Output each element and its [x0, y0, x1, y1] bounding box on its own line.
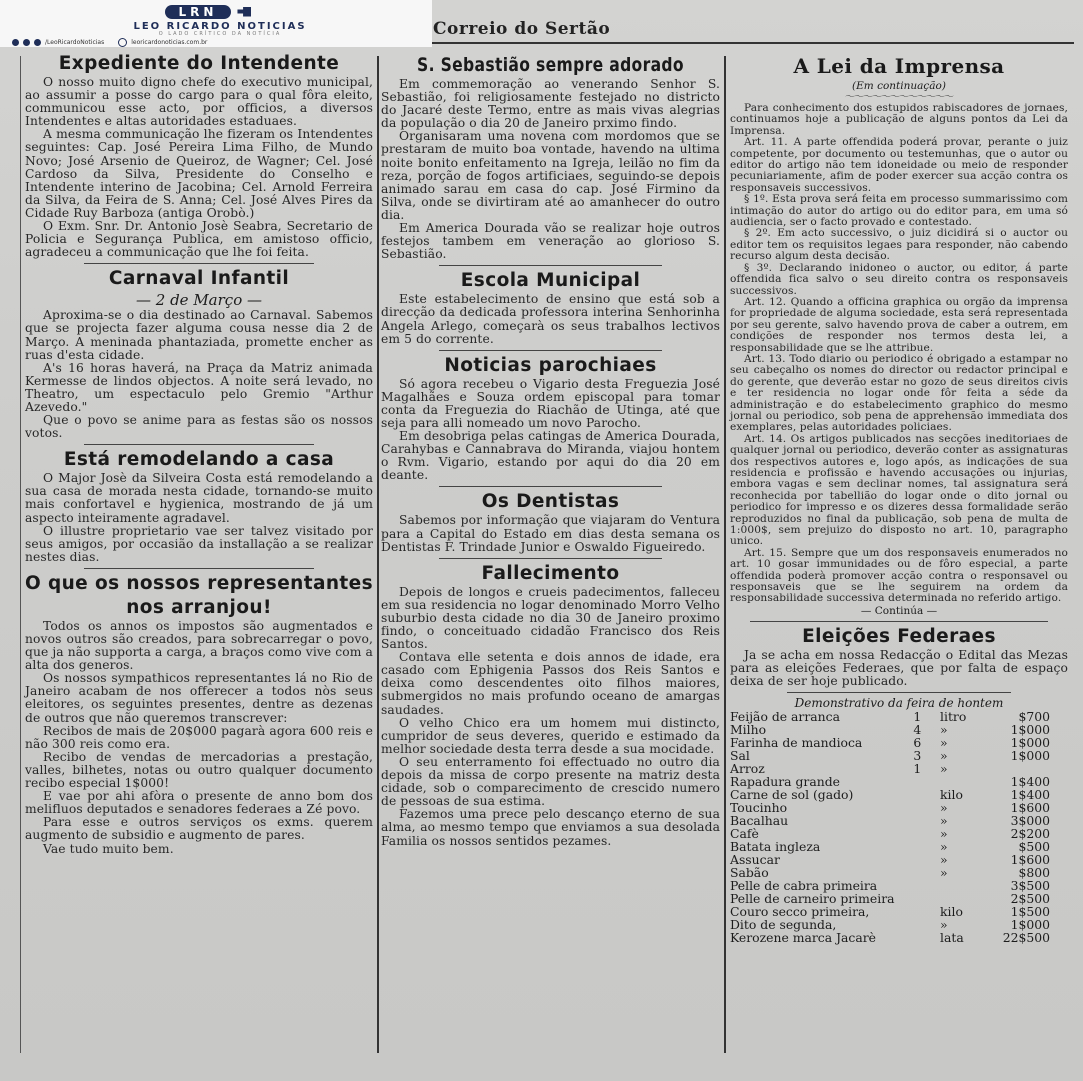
newspaper-masthead: Correio do Sertão — [433, 19, 610, 39]
article-paragraph: Em America Dourada vão se realizar hoje … — [381, 222, 720, 261]
lrn-logo: LRN — [118, 4, 298, 19]
article-paragraph: Para conhecimento dos estupidos rabiscad… — [730, 103, 1068, 137]
article-paragraph: Art. 15. Sempre que um dos responsaveis … — [730, 548, 1068, 605]
article-lei-imprensa: A Lei da Imprensa (Em continuação) ～～～～～… — [730, 52, 1068, 617]
article-sebastiao: S. Sebastião sempre adorado Em commemora… — [381, 52, 720, 261]
price-row: Sal3»1$000 — [730, 749, 1068, 762]
article-paragraph: Este estabelecimento de ensino que está … — [381, 293, 720, 345]
article-paragraph: § 1º. Esta prova será feita em processo … — [730, 194, 1068, 228]
article-subtitle: — 2 de Março — — [25, 291, 373, 309]
article-title: Os Dentistas — [381, 490, 720, 514]
divider — [439, 486, 663, 487]
newspaper-page: LRN LEO RICARDO NOTICIAS O LADO CRÍTICO … — [0, 0, 1083, 1081]
item-unit — [940, 879, 986, 892]
continua-note: — Continúa — — [730, 605, 1068, 617]
divider — [84, 444, 314, 445]
article-expediente: Expediente do Intendente O nosso muito d… — [25, 52, 373, 259]
item-price: 22$500 — [986, 931, 1068, 944]
item-quantity — [895, 775, 940, 788]
website-url: leoricardonoticias.com.br — [131, 39, 207, 46]
logo-text: LRN — [165, 5, 232, 19]
article-paragraph: O illustre proprietario vae ser talvez v… — [25, 525, 373, 564]
article-paragraph: O Major Josè da Silveira Costa está remo… — [25, 472, 373, 524]
article-title: Eleições Federaes — [730, 625, 1068, 649]
article-paragraph: E vae por ahi afòra o presente de anno b… — [25, 790, 373, 816]
article-title: Noticias parochiaes — [381, 354, 720, 378]
article-dentistas: Os Dentistas Sabemos por informação que … — [381, 490, 720, 553]
item-quantity — [895, 866, 940, 879]
item-unit: » — [940, 866, 986, 879]
price-list-title: Demonstrativo da feira de hontem — [730, 696, 1068, 710]
article-paragraph: A's 16 horas haverá, na Praça da Matriz … — [25, 362, 373, 414]
item-quantity — [895, 879, 940, 892]
divider — [439, 350, 663, 351]
article-representantes: O que os nossos representantes nos arran… — [25, 572, 373, 856]
feira-price-list: Demonstrativo da feira de hontem Feijão … — [730, 696, 1068, 944]
article-carnaval: Carnaval Infantil — 2 de Março — Aproxim… — [25, 267, 373, 440]
item-quantity — [895, 801, 940, 814]
article-paragraph: Vae tudo muito bem. — [25, 843, 373, 856]
column-1: Expediente do Intendente O nosso muito d… — [25, 52, 373, 856]
item-quantity — [895, 905, 940, 918]
column-3: A Lei da Imprensa (Em continuação) ～～～～～… — [730, 52, 1068, 944]
article-paragraph: § 2º. Em acto successivo, o juiz dicidir… — [730, 228, 1068, 262]
item-quantity — [895, 827, 940, 840]
divider — [84, 263, 314, 264]
item-quantity — [895, 892, 940, 905]
article-paragraph: Art. 11. A parte offendida poderá provar… — [730, 137, 1068, 194]
item-quantity — [895, 788, 940, 801]
article-fallecimento: Fallecimento Depois de longos e crueis p… — [381, 562, 720, 848]
youtube-icon — [34, 39, 41, 46]
article-paragraph: O seu enterramento foi effectuado no out… — [381, 756, 720, 808]
article-paragraph: Organisaram uma novena com mordomos que … — [381, 130, 720, 222]
masthead-rule — [432, 42, 1074, 44]
article-title: O que os nossos representantes nos arran… — [25, 572, 373, 620]
item-price: 1$000 — [986, 749, 1068, 762]
item-quantity — [895, 840, 940, 853]
divider — [787, 692, 1010, 693]
brand-tagline: O LADO CRÍTICO DA NOTÍCIA — [55, 31, 385, 37]
divider — [439, 265, 663, 266]
item-quantity — [895, 931, 940, 944]
item-name: Farinha de mandioca — [730, 736, 895, 749]
article-paragraph: Art. 14. Os artigos publicados nas secçõ… — [730, 434, 1068, 548]
watermark-banner: LRN LEO RICARDO NOTICIAS O LADO CRÍTICO … — [0, 0, 432, 47]
item-unit: lata — [940, 931, 986, 944]
column-2: S. Sebastião sempre adorado Em commemora… — [381, 52, 720, 848]
divider — [84, 568, 314, 569]
column-rule-left — [20, 56, 21, 1053]
item-name: Kerozene marca Jacarè — [730, 931, 895, 944]
article-paragraph: Fazemos uma prece pelo descanço eterno d… — [381, 808, 720, 847]
article-paragraph: Que o povo se anime para as festas são o… — [25, 414, 373, 440]
article-paragraph: O velho Chico era um homem mui distincto… — [381, 717, 720, 756]
article-title: Expediente do Intendente — [25, 52, 373, 76]
article-paragraph: Ja se acha em nossa Redacção o Edital da… — [730, 649, 1068, 689]
price-row: Assucar»1$600 — [730, 853, 1068, 866]
article-paragraph: Para esse e outros serviços os exms. que… — [25, 816, 373, 842]
social-handle: /LeoRicardoNoticias — [45, 39, 104, 46]
item-quantity — [895, 853, 940, 866]
article-title: Escola Municipal — [381, 269, 720, 293]
article-paragraph: A mesma communicação lhe fizeram os Inte… — [25, 128, 373, 220]
divider — [750, 621, 1047, 622]
item-quantity — [895, 814, 940, 827]
article-remodelando: Está remodelando a casa O Major Josè da … — [25, 448, 373, 564]
article-title: Carnaval Infantil — [25, 267, 373, 291]
item-quantity — [895, 918, 940, 931]
article-paragraph: Só agora recebeu o Vigario desta Freguez… — [381, 378, 720, 430]
article-noticias-parochiaes: Noticias parochiaes Só agora recebeu o V… — [381, 354, 720, 483]
price-row: Kerozene marca Jacarèlata22$500 — [730, 931, 1068, 944]
item-quantity: 1 — [895, 762, 940, 775]
article-paragraph: Sabemos por informação que viajaram do V… — [381, 514, 720, 553]
article-paragraph: Art. 12. Quando a officina graphica ou o… — [730, 297, 1068, 354]
column-rule-1 — [377, 56, 379, 1053]
social-links: /LeoRicardoNoticias leoricardonoticias.c… — [12, 38, 422, 47]
article-paragraph: Em commemoração ao venerando Senhor S. S… — [381, 78, 720, 130]
article-escola: Escola Municipal Este estabelecimento de… — [381, 269, 720, 345]
article-paragraph: Aproxima-se o dia destinado ao Carnaval.… — [25, 309, 373, 361]
globe-icon — [118, 38, 127, 47]
article-paragraph: Recibos de mais de 20$000 pagarà agora 6… — [25, 725, 373, 751]
instagram-icon — [23, 39, 30, 46]
article-title: Fallecimento — [381, 562, 720, 586]
article-paragraph: § 3º. Declarando inidoneo o auctor, ou e… — [730, 263, 1068, 297]
camera-icon — [237, 7, 251, 17]
article-paragraph: Em desobriga pelas catingas de America D… — [381, 430, 720, 482]
price-table: Feijão de arranca1litro$700Milho4»1$000F… — [730, 710, 1068, 944]
article-paragraph: Recibo de vendas de mercadorias a presta… — [25, 751, 373, 790]
divider — [439, 558, 663, 559]
article-title: Está remodelando a casa — [25, 448, 373, 472]
article-paragraph: O Exm. Snr. Dr. Antonio Josè Seabra, Sec… — [25, 220, 373, 259]
article-paragraph: Contava elle setenta e dois annos de ida… — [381, 651, 720, 716]
article-paragraph: Depois de longos e crueis padecimentos, … — [381, 586, 720, 651]
item-unit: » — [940, 762, 986, 775]
facebook-icon — [12, 39, 19, 46]
article-title: A Lei da Imprensa — [730, 52, 1068, 80]
article-eleicoes: Eleições Federaes Ja se acha em nossa Re… — [730, 625, 1068, 689]
article-paragraph: Todos os annos os impostos são augmentad… — [25, 620, 373, 672]
article-title: S. Sebastião sempre adorado — [412, 52, 690, 78]
column-rule-2 — [724, 56, 726, 1053]
article-paragraph: Os nossos sympathicos representantes lá … — [25, 672, 373, 724]
article-paragraph: Art. 13. Todo diario ou periodico é obri… — [730, 354, 1068, 434]
article-paragraph: O nosso muito digno chefe do executivo m… — [25, 76, 373, 128]
